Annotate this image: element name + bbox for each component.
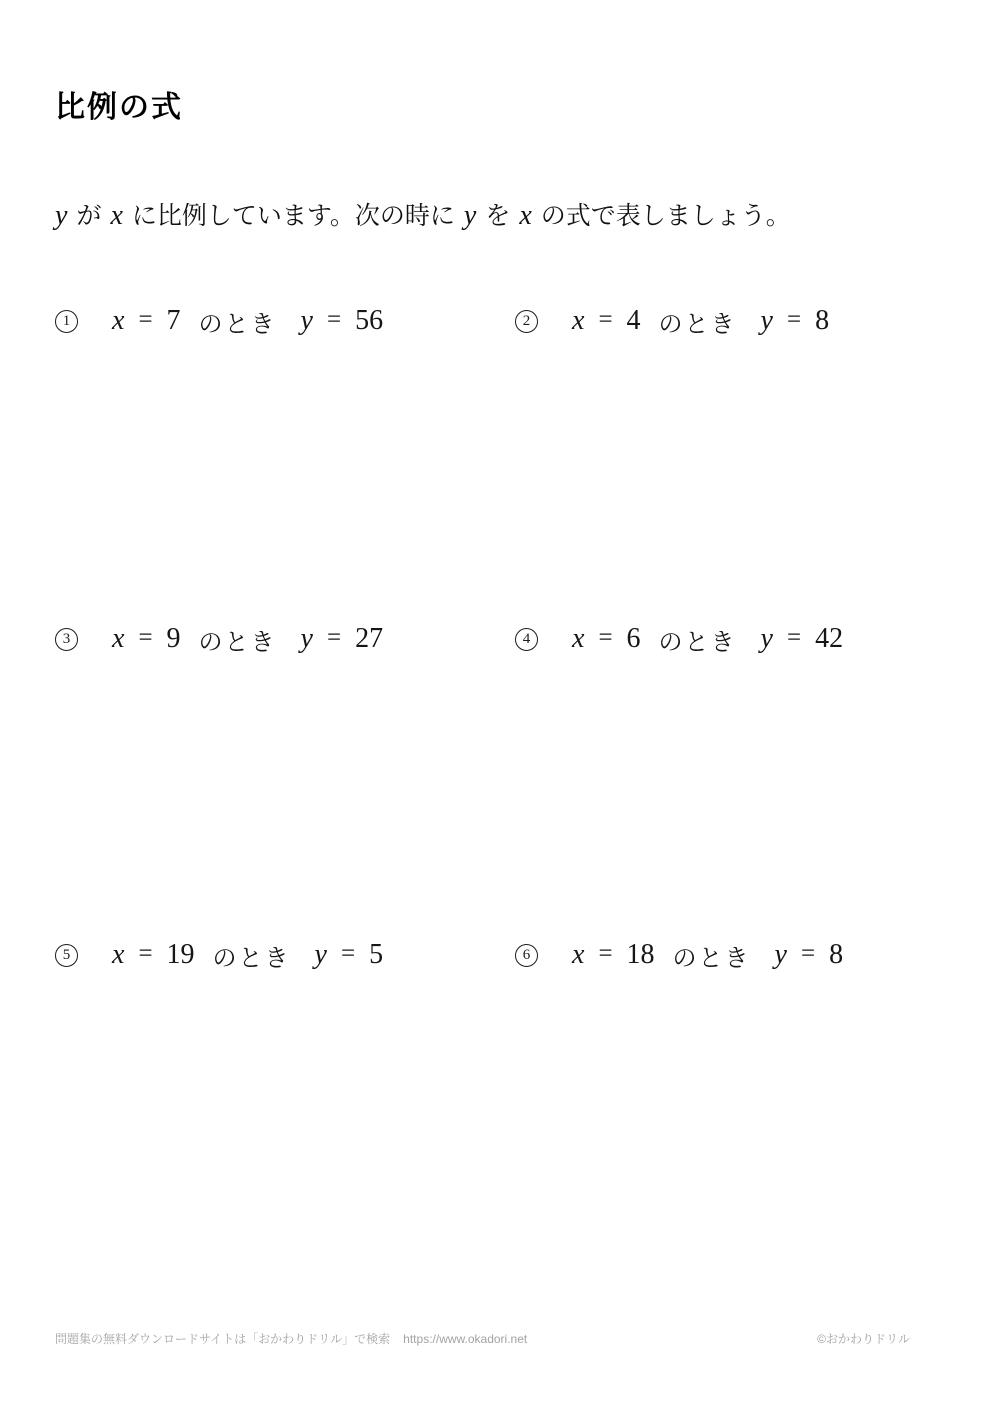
problem-number: 5 — [63, 948, 71, 963]
equals-sign: = — [138, 306, 152, 334]
problem-number-circle: 2 — [515, 310, 538, 333]
problem-number: 1 — [63, 314, 71, 329]
instruction-segment: を — [485, 202, 510, 230]
math-var-y: y — [761, 623, 773, 655]
problem-number: 6 — [523, 948, 531, 963]
x-value: 4 — [627, 305, 641, 337]
math-var-x: x — [110, 200, 122, 231]
math-var-y: y — [55, 200, 67, 231]
math-var-x: x — [112, 623, 124, 655]
math-var-y: y — [301, 623, 313, 655]
notoki-label: のとき — [659, 304, 737, 339]
problem-4: 4 x = 6 のとき y = 42 — [515, 620, 843, 658]
problem-6: 6 x = 18 のとき y = 8 — [515, 936, 843, 974]
problem-number: 2 — [523, 314, 531, 329]
footer-copyright: ©おかわりドリル — [817, 1330, 910, 1347]
math-var-y: y — [301, 305, 313, 337]
footer-site-text: 問題集の無料ダウンロードサイトは「おかわりドリル」で検索 — [55, 1332, 390, 1346]
y-value: 42 — [815, 623, 843, 655]
notoki-label: のとき — [659, 622, 737, 657]
problem-number: 3 — [63, 632, 71, 647]
x-value: 18 — [627, 939, 655, 971]
equals-sign: = — [327, 306, 341, 334]
equals-sign: = — [327, 624, 341, 652]
equals-sign: = — [138, 624, 152, 652]
math-var-y: y — [761, 305, 773, 337]
notoki-label: のとき — [199, 622, 277, 657]
notoki-label: のとき — [213, 938, 291, 973]
problem-number-circle: 3 — [55, 628, 78, 651]
problem-number-circle: 5 — [55, 944, 78, 967]
instruction-text: yがxに比例しています。次の時にyをxの式で表しましょう。 — [55, 198, 791, 234]
problem-number-circle: 4 — [515, 628, 538, 651]
equals-sign: = — [787, 306, 801, 334]
problem-number: 4 — [523, 632, 531, 647]
equals-sign: = — [341, 940, 355, 968]
y-value: 56 — [355, 305, 383, 337]
equals-sign: = — [598, 624, 612, 652]
problem-1: 1 x = 7 のとき y = 56 — [55, 302, 383, 340]
problem-2: 2 x = 4 のとき y = 8 — [515, 302, 829, 340]
problem-number-circle: 1 — [55, 310, 78, 333]
y-value: 8 — [829, 939, 843, 971]
footer-site-info: 問題集の無料ダウンロードサイトは「おかわりドリル」で検索https://www.… — [55, 1330, 527, 1347]
y-value: 5 — [369, 939, 383, 971]
equals-sign: = — [787, 624, 801, 652]
equals-sign: = — [598, 940, 612, 968]
instruction-segment: に比例しています。次の時に — [132, 202, 455, 230]
math-var-x: x — [572, 939, 584, 971]
instruction-segment: の式で表しましょう。 — [541, 202, 791, 230]
math-var-y: y — [464, 200, 476, 231]
problem-5: 5 x = 19 のとき y = 5 — [55, 936, 383, 974]
x-value: 9 — [167, 623, 181, 655]
x-value: 7 — [167, 305, 181, 337]
y-value: 27 — [355, 623, 383, 655]
equals-sign: = — [138, 940, 152, 968]
equals-sign: = — [598, 306, 612, 334]
math-var-y: y — [775, 939, 787, 971]
math-var-x: x — [112, 305, 124, 337]
notoki-label: のとき — [673, 938, 751, 973]
equals-sign: = — [801, 940, 815, 968]
problem-3: 3 x = 9 のとき y = 27 — [55, 620, 383, 658]
math-var-x: x — [572, 305, 584, 337]
notoki-label: のとき — [199, 304, 277, 339]
problem-number-circle: 6 — [515, 944, 538, 967]
math-var-x: x — [519, 200, 531, 231]
instruction-segment: が — [76, 202, 101, 230]
page-title: 比例の式 — [55, 82, 183, 126]
x-value: 6 — [627, 623, 641, 655]
math-var-x: x — [112, 939, 124, 971]
x-value: 19 — [167, 939, 195, 971]
worksheet-page: 比例の式 yがxに比例しています。次の時にyをxの式で表しましょう。 1 x =… — [0, 0, 1000, 1415]
y-value: 8 — [815, 305, 829, 337]
footer-url: https://www.okadori.net — [403, 1332, 527, 1346]
math-var-x: x — [572, 623, 584, 655]
math-var-y: y — [315, 939, 327, 971]
